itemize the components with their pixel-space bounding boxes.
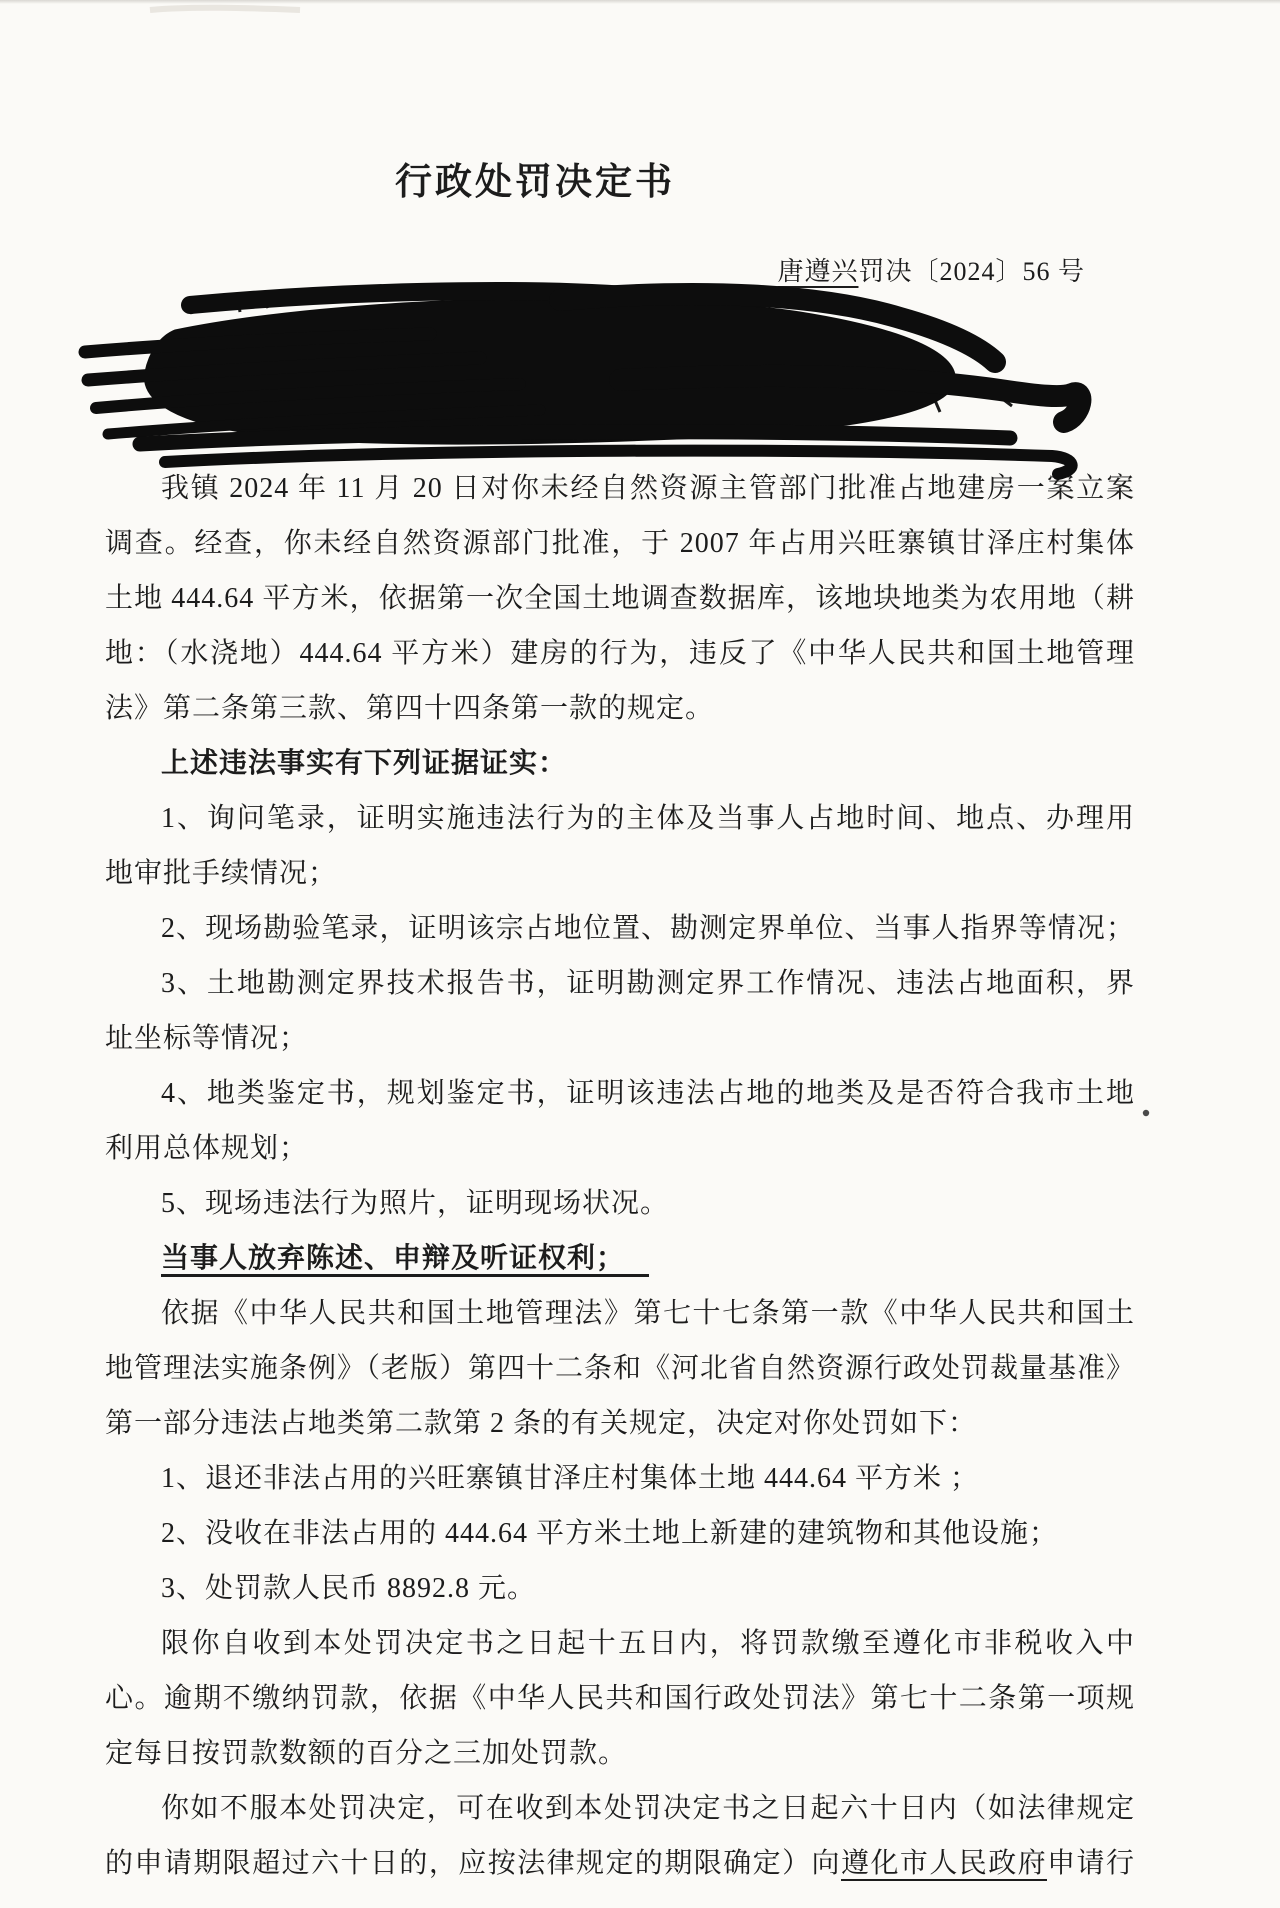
doc-number-issuer: 唐遵兴 [777, 257, 858, 286]
document-line: 第一部分违法占地类第二款第 2 条的有关规定，决定对你处罚如下： [105, 1396, 1135, 1451]
waiver-statement-text: 当事人放弃陈述、申辩及听证权利； [161, 1243, 649, 1277]
document-line: 调查。经查，你未经自然资源部门批准，于 2007 年占用兴旺寨镇甘泽庄村集体 [105, 516, 1135, 571]
document-line: 法》第二条第三款、第四十四条第一款的规定。 [105, 681, 1135, 736]
document-line: 土地 444.64 平方米，依据第一次全国土地调查数据库，该地块地类为农用地（耕 [105, 571, 1135, 626]
document-line: 地管理法实施条例》（老版）第四十二条和《河北省自然资源行政处罚裁量基准》 [105, 1341, 1135, 1396]
ink-speck [1143, 1110, 1149, 1116]
evidence-item: 2、现场勘验笔录，证明该宗占地位置、勘测定界单位、当事人指界等情况； [105, 901, 1135, 956]
appeal-authority-underlined: 遵化市人民政府 [841, 1848, 1047, 1881]
appeal-instruction-pre: 的申请期限超过六十日的，应按法律规定的期限确定）向 [105, 1848, 841, 1879]
payment-instruction: 心。逾期不缴纳罚款，依据《中华人民共和国行政处罚法》第七十二条第一项规 [105, 1671, 1135, 1726]
penalty-item: 3、处罚款人民币 8892.8 元。 [105, 1561, 1135, 1616]
evidence-item: 地审批手续情况； [105, 846, 1135, 901]
payment-instruction: 限你自收到本处罚决定书之日起十五日内，将罚款缴至遵化市非税收入中 [105, 1616, 1135, 1671]
evidence-item: 1、询问笔录，证明实施违法行为的主体及当事人占地时间、地点、办理用 [105, 791, 1135, 846]
document-line: 依据《中华人民共和国土地管理法》第七十七条第一款《中华人民共和国土 [105, 1286, 1135, 1341]
penalty-item: 1、退还非法占用的兴旺寨镇甘泽庄村集体土地 444.64 平方米 ； [105, 1451, 1135, 1506]
evidence-item: 利用总体规划； [105, 1121, 1135, 1176]
waiver-statement: 当事人放弃陈述、申辩及听证权利； [105, 1231, 1135, 1286]
appeal-instruction-post: 申请行 [1047, 1848, 1135, 1879]
appeal-instruction: 你如不服本处罚决定，可在收到本处罚决定书之日起六十日内（如法律规定 [105, 1781, 1135, 1836]
evidence-item: 4、地类鉴定书，规划鉴定书，证明该违法占地的地类及是否符合我市土地 [105, 1066, 1135, 1121]
scanned-document-page: 行政处罚决定书 唐遵兴罚决〔2024〕56 号 我镇 2024 年 11 月 2… [0, 0, 1280, 1908]
document-line: 地：（水浇地）444.64 平方米）建房的行为，违反了《中华人民共和国土地管理 [105, 626, 1135, 681]
document-content: 行政处罚决定书 唐遵兴罚决〔2024〕56 号 我镇 2024 年 11 月 2… [105, 0, 1135, 1891]
payment-instruction: 定每日按罚款数额的百分之三加处罚款。 [105, 1726, 1135, 1781]
document-line: 我镇 2024 年 11 月 20 日对你未经自然资源主管部门批准占地建房一案立… [105, 461, 1135, 516]
doc-number-rest: 罚决〔2024〕56 号 [858, 257, 1085, 286]
evidence-item: 5、现场违法行为照片，证明现场状况。 [105, 1176, 1135, 1231]
penalty-item: 2、没收在非法占用的 444.64 平方米土地上新建的建筑物和其他设施； [105, 1506, 1135, 1561]
evidence-item: 址坐标等情况； [105, 1011, 1135, 1066]
doc-number: 唐遵兴罚决〔2024〕56 号 [105, 254, 1135, 290]
page-title: 行政处罚决定书 [20, 152, 1050, 214]
appeal-instruction: 的申请期限超过六十日的，应按法律规定的期限确定）向遵化市人民政府申请行 [105, 1836, 1135, 1891]
evidence-heading: 上述违法事实有下列证据证实： [105, 736, 1135, 791]
evidence-item: 3、土地勘测定界技术报告书，证明勘测定界工作情况、违法占地面积，界 [105, 956, 1135, 1011]
redacted-recipient-block [105, 290, 1135, 461]
